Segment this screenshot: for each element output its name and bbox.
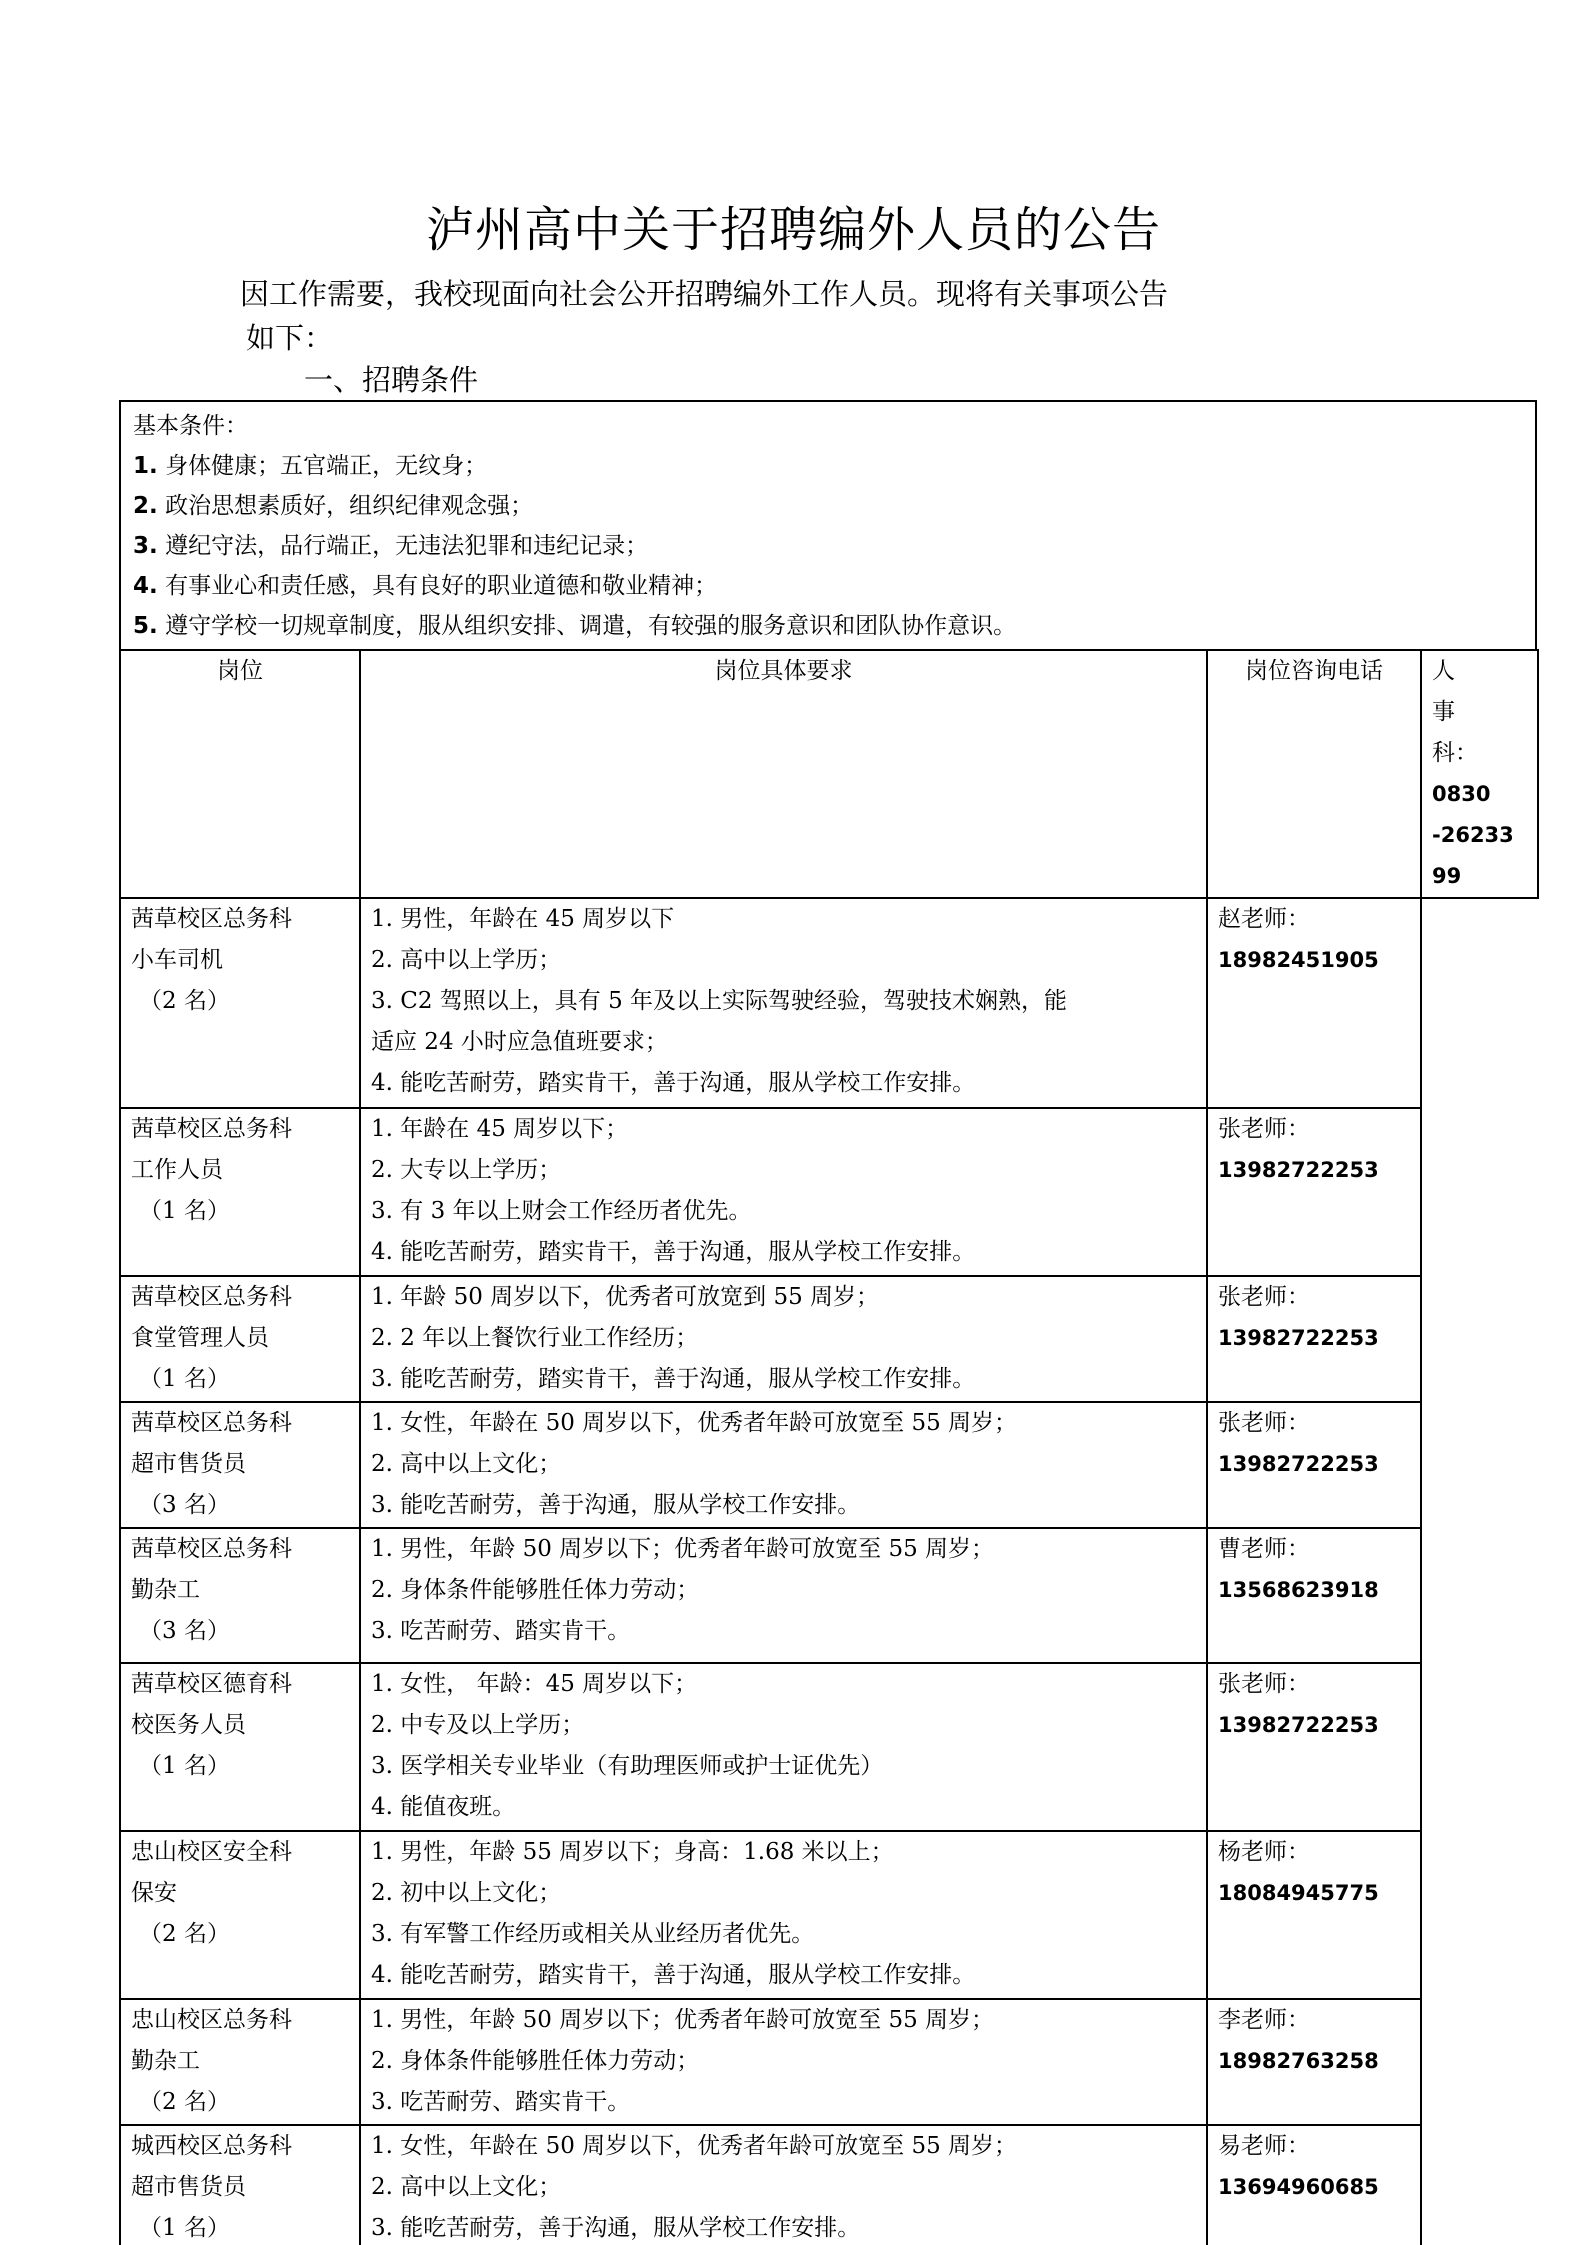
intro-paragraph: 因工作需要，我校现面向社会公开招聘编外工作人员。现将有关事项公告 <box>240 274 1440 314</box>
contact-phone: 13982722253 <box>1218 1318 1410 1359</box>
position-cell: 城西校区总务科 超市售货员 （1 名） <box>120 2125 360 2245</box>
contact-name: 易老师： <box>1218 2126 1410 2167</box>
requirement-line: 4. 能值夜班。 <box>371 1787 1196 1828</box>
item-text: 有事业心和责任感，具有良好的职业道德和敬业精神； <box>165 573 717 599</box>
contact-cell: 张老师： 13982722253 <box>1207 1108 1421 1276</box>
table-row: 茜草校区总务科 食堂管理人员 （1 名） 1. 年龄 50 周岁以下，优秀者可放… <box>120 1276 1538 1402</box>
contact-cell: 李老师： 18982763258 <box>1207 1999 1421 2125</box>
requirement-line: 3. 有军警工作经历或相关从业经历者优先。 <box>371 1914 1196 1955</box>
contact-phone: 13982722253 <box>1218 1150 1410 1191</box>
requirement-line: 适应 24 小时应急值班要求； <box>371 1022 1196 1063</box>
position-title: 超市售货员 <box>131 2167 349 2208</box>
position-count: （1 名） <box>131 2208 349 2245</box>
position-title: 勤杂工 <box>131 1570 349 1611</box>
position-title: 小车司机 <box>131 940 349 981</box>
requirements-cell: 1. 年龄 50 周岁以下，优秀者可放宽到 55 周岁；2. 2 年以上餐饮行业… <box>360 1276 1207 1402</box>
contact-name: 曹老师： <box>1218 1529 1410 1570</box>
hr-department-contact: 人 事 科： 0830 -26233 99 <box>1421 650 1538 898</box>
position-cell: 茜草校区总务科 勤杂工 （3 名） <box>120 1528 360 1663</box>
basic-condition-item: 5. 遵守学校一切规章制度，服从组织安排、调遣，有较强的服务意识和团队协作意识。 <box>133 606 1523 646</box>
table-row: 茜草校区总务科 小车司机 （2 名） 1. 男性，年龄在 45 周岁以下2. 高… <box>120 898 1538 1108</box>
item-text: 遵纪守法，品行端正，无违法犯罪和违纪记录； <box>165 533 648 559</box>
requirement-line: 2. 高中以上文化； <box>371 2167 1196 2208</box>
requirement-line: 2. 初中以上文化； <box>371 1873 1196 1914</box>
requirement-line: 2. 高中以上文化； <box>371 1444 1196 1485</box>
position-count: （2 名） <box>131 1914 349 1955</box>
header-contact-phone: 岗位咨询电话 <box>1207 650 1421 898</box>
requirements-cell: 1. 男性，年龄 50 周岁以下；优秀者年龄可放宽至 55 周岁；2. 身体条件… <box>360 1999 1207 2125</box>
contact-cell: 杨老师： 18084945775 <box>1207 1831 1421 1999</box>
basic-condition-item: 3. 遵纪守法，品行端正，无违法犯罪和违纪记录； <box>133 526 1523 566</box>
requirement-line: 4. 能吃苦耐劳，踏实肯干，善于沟通，服从学校工作安排。 <box>371 1063 1196 1104</box>
requirement-line: 2. 身体条件能够胜任体力劳动； <box>371 2041 1196 2082</box>
requirement-line: 1. 年龄在 45 周岁以下； <box>371 1109 1196 1150</box>
requirements-cell: 1. 男性，年龄 55 周岁以下；身高：1.68 米以上；2. 初中以上文化；3… <box>360 1831 1207 1999</box>
requirement-line: 1. 男性，年龄 55 周岁以下；身高：1.68 米以上； <box>371 1832 1196 1873</box>
contact-name: 张老师： <box>1218 1109 1410 1150</box>
requirement-line: 4. 能吃苦耐劳，踏实肯干，善于沟通，服从学校工作安排。 <box>371 1232 1196 1273</box>
item-text: 政治思想素质好，组织纪律观念强； <box>165 493 533 519</box>
position-title: 校医务人员 <box>131 1705 349 1746</box>
requirement-line: 1. 女性，年龄在 50 周岁以下，优秀者年龄可放宽至 55 周岁； <box>371 2126 1196 2167</box>
basic-conditions-box: 基本条件： 1. 身体健康；五官端正，无纹身； 2. 政治思想素质好，组织纪律观… <box>119 400 1537 651</box>
basic-condition-item: 1. 身体健康；五官端正，无纹身； <box>133 446 1523 486</box>
requirement-line: 2. 中专及以上学历； <box>371 1705 1196 1746</box>
requirement-line: 3. 医学相关专业毕业（有助理医师或护士证优先） <box>371 1746 1196 1787</box>
position-department: 茜草校区总务科 <box>131 1403 349 1444</box>
requirement-line: 1. 女性，年龄在 50 周岁以下，优秀者年龄可放宽至 55 周岁； <box>371 1403 1196 1444</box>
contact-cell: 赵老师： 18982451905 <box>1207 898 1421 1108</box>
position-cell: 茜草校区总务科 小车司机 （2 名） <box>120 898 360 1108</box>
table-header-row: 岗位 岗位具体要求 岗位咨询电话 人 事 科： 0830 -26233 99 <box>120 650 1538 898</box>
hr-label: 事 <box>1432 692 1527 733</box>
position-cell: 茜草校区总务科 超市售货员 （3 名） <box>120 1402 360 1528</box>
item-text: 遵守学校一切规章制度，服从组织安排、调遣，有较强的服务意识和团队协作意识。 <box>165 613 1016 639</box>
position-department: 茜草校区总务科 <box>131 1109 349 1150</box>
position-department: 茜草校区总务科 <box>131 1277 349 1318</box>
requirement-line: 2. 大专以上学历； <box>371 1150 1196 1191</box>
table-row: 忠山校区安全科 保安 （2 名） 1. 男性，年龄 55 周岁以下；身高：1.6… <box>120 1831 1538 1999</box>
position-count: （1 名） <box>131 1359 349 1400</box>
hr-phone-part: -26233 <box>1432 815 1527 856</box>
contact-name: 张老师： <box>1218 1664 1410 1705</box>
requirement-line: 3. 有 3 年以上财会工作经历者优先。 <box>371 1191 1196 1232</box>
requirements-cell: 1. 男性，年龄 50 周岁以下；优秀者年龄可放宽至 55 周岁；2. 身体条件… <box>360 1528 1207 1663</box>
contact-phone: 18982763258 <box>1218 2041 1410 2082</box>
table-row: 茜草校区总务科 勤杂工 （3 名） 1. 男性，年龄 50 周岁以下；优秀者年龄… <box>120 1528 1538 1663</box>
position-department: 茜草校区总务科 <box>131 1529 349 1570</box>
hr-label: 人 <box>1432 651 1527 692</box>
requirement-line: 3. C2 驾照以上，具有 5 年及以上实际驾驶经验，驾驶技术娴熟，能 <box>371 981 1196 1022</box>
position-count: （3 名） <box>131 1611 349 1652</box>
position-title: 工作人员 <box>131 1150 349 1191</box>
requirements-cell: 1. 女性，年龄在 50 周岁以下，优秀者年龄可放宽至 55 周岁；2. 高中以… <box>360 1402 1207 1528</box>
contact-cell: 张老师： 13982722253 <box>1207 1663 1421 1831</box>
requirement-line: 2. 2 年以上餐饮行业工作经历； <box>371 1318 1196 1359</box>
contact-name: 张老师： <box>1218 1403 1410 1444</box>
requirement-line: 3. 吃苦耐劳、踏实肯干。 <box>371 2082 1196 2123</box>
requirement-line: 3. 能吃苦耐劳，踏实肯干，善于沟通，服从学校工作安排。 <box>371 1359 1196 1400</box>
requirement-line: 1. 男性，年龄 50 周岁以下；优秀者年龄可放宽至 55 周岁； <box>371 1529 1196 1570</box>
contact-name: 张老师： <box>1218 1277 1410 1318</box>
position-cell: 茜草校区总务科 工作人员 （1 名） <box>120 1108 360 1276</box>
requirements-cell: 1. 年龄在 45 周岁以下；2. 大专以上学历；3. 有 3 年以上财会工作经… <box>360 1108 1207 1276</box>
contact-cell: 张老师： 13982722253 <box>1207 1276 1421 1402</box>
document-title: 泸州高中关于招聘编外人员的公告 <box>0 200 1587 260</box>
contact-phone: 13694960685 <box>1218 2167 1410 2208</box>
header-requirements: 岗位具体要求 <box>360 650 1207 898</box>
table-row: 茜草校区总务科 超市售货员 （3 名） 1. 女性，年龄在 50 周岁以下，优秀… <box>120 1402 1538 1528</box>
requirements-cell: 1. 男性，年龄在 45 周岁以下2. 高中以上学历；3. C2 驾照以上，具有… <box>360 898 1207 1108</box>
requirements-cell: 1. 女性，年龄在 50 周岁以下，优秀者年龄可放宽至 55 周岁；2. 高中以… <box>360 2125 1207 2245</box>
item-number: 2. <box>133 493 158 519</box>
item-number: 1. <box>133 453 158 479</box>
contact-name: 杨老师： <box>1218 1832 1410 1873</box>
contact-name: 李老师： <box>1218 2000 1410 2041</box>
requirement-line: 3. 能吃苦耐劳，善于沟通，服从学校工作安排。 <box>371 2208 1196 2245</box>
item-number: 3. <box>133 533 158 559</box>
requirement-line: 3. 能吃苦耐劳，善于沟通，服从学校工作安排。 <box>371 1485 1196 1526</box>
position-cell: 忠山校区总务科 勤杂工 （2 名） <box>120 1999 360 2125</box>
contact-cell: 易老师： 13694960685 <box>1207 2125 1421 2245</box>
position-department: 忠山校区总务科 <box>131 2000 349 2041</box>
position-title: 食堂管理人员 <box>131 1318 349 1359</box>
position-count: （3 名） <box>131 1485 349 1526</box>
table-row: 茜草校区德育科 校医务人员 （1 名） 1. 女性， 年龄：45 周岁以下；2.… <box>120 1663 1538 1831</box>
position-department: 忠山校区安全科 <box>131 1832 349 1873</box>
job-positions-table: 岗位 岗位具体要求 岗位咨询电话 人 事 科： 0830 -26233 99 茜… <box>119 649 1539 2245</box>
table-row: 忠山校区总务科 勤杂工 （2 名） 1. 男性，年龄 50 周岁以下；优秀者年龄… <box>120 1999 1538 2125</box>
header-position: 岗位 <box>120 650 360 898</box>
contact-cell: 张老师： 13982722253 <box>1207 1402 1421 1528</box>
basic-conditions-heading: 基本条件： <box>133 406 1523 446</box>
position-count: （2 名） <box>131 981 349 1022</box>
hr-label: 科： <box>1432 733 1527 774</box>
requirement-line: 2. 高中以上学历； <box>371 940 1196 981</box>
item-text: 身体健康；五官端正，无纹身； <box>165 453 487 479</box>
requirement-line: 1. 年龄 50 周岁以下，优秀者可放宽到 55 周岁； <box>371 1277 1196 1318</box>
contact-phone: 18084945775 <box>1218 1873 1410 1914</box>
contact-cell: 曹老师： 13568623918 <box>1207 1528 1421 1663</box>
hr-phone-part: 0830 <box>1432 774 1527 815</box>
position-title: 保安 <box>131 1873 349 1914</box>
position-title: 勤杂工 <box>131 2041 349 2082</box>
position-cell: 忠山校区安全科 保安 （2 名） <box>120 1831 360 1999</box>
table-row: 城西校区总务科 超市售货员 （1 名） 1. 女性，年龄在 50 周岁以下，优秀… <box>120 2125 1538 2245</box>
item-number: 4. <box>133 573 158 599</box>
intro-paragraph-continuation: 如下： <box>246 318 333 358</box>
contact-name: 赵老师： <box>1218 899 1410 940</box>
basic-condition-item: 2. 政治思想素质好，组织纪律观念强； <box>133 486 1523 526</box>
position-count: （1 名） <box>131 1191 349 1232</box>
position-title: 超市售货员 <box>131 1444 349 1485</box>
position-count: （2 名） <box>131 2082 349 2123</box>
requirement-line: 1. 女性， 年龄：45 周岁以下； <box>371 1664 1196 1705</box>
basic-condition-item: 4. 有事业心和责任感，具有良好的职业道德和敬业精神； <box>133 566 1523 606</box>
position-count: （1 名） <box>131 1746 349 1787</box>
contact-phone: 18982451905 <box>1218 940 1410 981</box>
requirements-cell: 1. 女性， 年龄：45 周岁以下；2. 中专及以上学历；3. 医学相关专业毕业… <box>360 1663 1207 1831</box>
section-heading-recruitment-conditions: 一、招聘条件 <box>304 360 478 400</box>
position-cell: 茜草校区总务科 食堂管理人员 （1 名） <box>120 1276 360 1402</box>
position-department: 城西校区总务科 <box>131 2126 349 2167</box>
item-number: 5. <box>133 613 158 639</box>
requirement-line: 1. 男性，年龄在 45 周岁以下 <box>371 899 1196 940</box>
requirement-line: 1. 男性，年龄 50 周岁以下；优秀者年龄可放宽至 55 周岁； <box>371 2000 1196 2041</box>
requirement-line: 3. 吃苦耐劳、踏实肯干。 <box>371 1611 1196 1652</box>
position-department: 茜草校区德育科 <box>131 1664 349 1705</box>
contact-phone: 13982722253 <box>1218 1444 1410 1485</box>
position-cell: 茜草校区德育科 校医务人员 （1 名） <box>120 1663 360 1831</box>
position-department: 茜草校区总务科 <box>131 899 349 940</box>
hr-phone-part: 99 <box>1432 856 1527 897</box>
table-row: 茜草校区总务科 工作人员 （1 名） 1. 年龄在 45 周岁以下；2. 大专以… <box>120 1108 1538 1276</box>
contact-phone: 13568623918 <box>1218 1570 1410 1611</box>
contact-phone: 13982722253 <box>1218 1705 1410 1746</box>
requirement-line: 4. 能吃苦耐劳，踏实肯干，善于沟通，服从学校工作安排。 <box>371 1955 1196 1996</box>
requirement-line: 2. 身体条件能够胜任体力劳动； <box>371 1570 1196 1611</box>
